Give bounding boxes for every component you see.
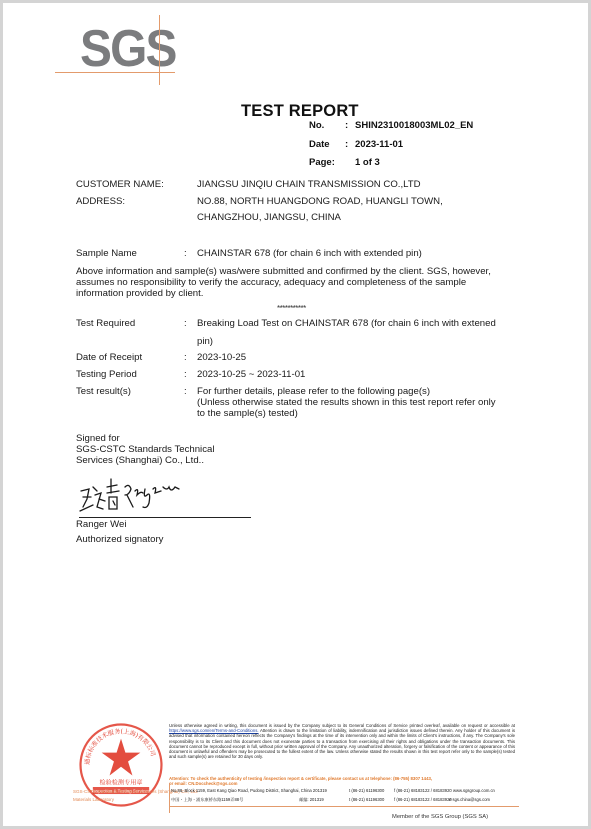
signed-for-block: Signed for SGS-CSTC Standards Technical … [76,433,214,466]
footer-rule [169,806,519,807]
signatory-role: Authorized signatory [76,534,163,546]
signing-org-line2: Services (Shanghai) Co., Ltd.. [76,455,214,466]
report-number-value: SHIN2310018003ML02_EN [355,120,473,131]
signed-for-label: Signed for [76,433,214,444]
document-page: SGS TEST REPORT No.:SHIN2310018003ML02_E… [3,3,588,826]
sample-disclaimer: Above information and sample(s) was/were… [76,266,516,299]
logo-rule-vertical [159,15,160,85]
test-required-value-line2: pin) [197,336,213,348]
test-results-line3: to the sample(s) tested) [197,408,298,420]
date-of-receipt-value: 2023-10-25 [197,352,246,364]
report-title: TEST REPORT [241,102,359,121]
terms-fine-print: Unless otherwise agreed in writing, this… [169,723,515,759]
address-line-2: CHANGZHOU, JIANGSU, CHINA [197,212,341,224]
phone-number-cn: t (86-21) 61196300 [349,797,384,802]
logo-text: SGS [80,23,176,75]
test-required-label: Test Required [76,318,135,329]
report-date: Date:2023-11-01 [309,139,403,150]
test-results-label: Test result(s) [76,386,131,397]
customer-name-label: CUSTOMER NAME: [76,179,164,191]
postcode-cn: 邮编: 201319 [299,797,324,803]
signing-org-line1: SGS-CSTC Standards Technical [76,444,214,455]
date-of-receipt-row: Date of Receipt : 2023-10-25 [76,352,516,364]
company-seal-icon: 检验检测专用章 Inspection & Testing Services 通标… [77,721,165,809]
section-separator: *********** [277,304,306,313]
testing-period-label: Testing Period [76,369,137,380]
address-line-1: NO.88, NORTH HUANGDONG ROAD, HUANGLI TOW… [197,196,443,208]
email-address: e sgs.china@sgs.com [449,797,490,802]
address-en: No.88, Block 1159, East Kang Qiao Road, … [171,788,327,793]
report-number: No.:SHIN2310018003ML02_EN [309,120,473,131]
sgs-group-membership: Member of the SGS Group (SGS SA) [392,814,488,820]
sample-name-value: CHAINSTAR 678 (for chain 6 inch with ext… [197,248,422,260]
logo-rule-horizontal [55,72,175,73]
signature-line [79,517,251,518]
report-date-value: 2023-11-01 [355,139,403,150]
seal-caption-2: Materials Laboratory [73,797,114,802]
fax-number: f (86-21) 68183122 / 68183920 [394,788,452,793]
sample-name-label: Sample Name [76,248,137,259]
authenticity-notice: Attention: To check the authenticity of … [169,776,515,786]
address-cn: 中国・上海・浦东康桥东路1159弄88号 [171,797,243,803]
test-required-value-line1: Breaking Load Test on CHAINSTAR 678 (for… [197,318,496,330]
signatory-name: Ranger Wei [76,519,126,531]
customer-name-value: JIANGSU JINQIU CHAIN TRANSMISSION CO.,LT… [197,179,421,191]
sample-name-row: Sample Name : CHAINSTAR 678 (for chain 6… [76,248,516,260]
report-page-value: 1 of 3 [355,157,380,168]
svg-text:检验检测专用章: 检验检测专用章 [99,778,142,786]
testing-period-row: Testing Period : 2023-10-25 ~ 2023-11-01 [76,369,516,381]
website: www.sgsgroup.com.cn [453,788,495,793]
report-page: Page:1 of 3 [309,157,380,168]
test-required-row: Test Required : Breaking Load Test on CH… [76,318,516,330]
fax-number-cn: f (86-21) 68183122 / 68183920 [394,797,452,802]
date-of-receipt-label: Date of Receipt [76,352,142,363]
handwritten-signature-icon [77,477,187,517]
address-label: ADDRESS: [76,196,125,208]
phone-number: t (86-21) 61196300 [349,788,384,793]
footer-rule-vertical [169,783,170,813]
testing-period-value: 2023-10-25 ~ 2023-11-01 [197,369,305,381]
